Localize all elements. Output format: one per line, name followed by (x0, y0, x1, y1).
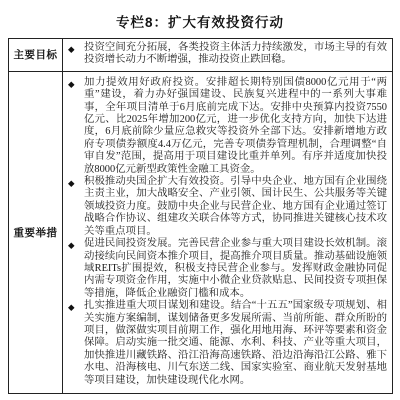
measures-label: 重要举措 (9, 72, 63, 393)
bullet-item: ◆ 加力提效用好政府投资。安排超长期特别国债8000亿元用于“两重”建设，着力办… (67, 77, 387, 176)
diamond-bullet-icon: ◆ (68, 78, 75, 90)
bullet-item: ◆ 扎实推进重大项目谋划和建设。结合“十五五”国家级专项规划、相关实施方案编制，… (67, 300, 387, 387)
diamond-bullet-icon: ◆ (68, 43, 75, 55)
bullet-item: ◆ 促进民间投资发展。完善民营企业参与重大项目建设长效机制。滚动接续向民间资本推… (67, 238, 387, 300)
bullet-text: 加力提效用好政府投资。安排超长期特别国债8000亿元用于“两重”建设，着力办好强… (84, 77, 387, 175)
measures-content: ◆ 加力提效用好政府投资。安排超长期特别国债8000亿元用于“两重”建设，着力办… (63, 72, 392, 393)
column-table: 主要目标 ◆ 投资空间充分拓展，各类投资主体活力持续激发，市场主导的有效投资增长… (8, 38, 393, 394)
bullet-text: 投资空间充分拓展，各类投资主体活力持续激发，市场主导的有效投资增长动力不断增强，… (84, 42, 387, 65)
bullet-text: 积极推动央国企扩大有效投资。引导中央企业、地方国有企业围绕主责主业，加大战略安全… (84, 176, 387, 237)
bullet-item: ◆ 积极推动央国企扩大有效投资。引导中央企业、地方国有企业围绕主责主业，加大战略… (67, 176, 387, 238)
document-page: 专栏8：扩大有效投资行动 主要目标 ◆ 投资空间充分拓展，各类投资主体活力持续激… (0, 0, 400, 400)
diamond-bullet-icon: ◆ (68, 239, 75, 251)
goals-label: 主要目标 (9, 39, 63, 71)
bullet-item: ◆ 投资空间充分拓展，各类投资主体活力持续激发，市场主导的有效投资增长动力不断增… (67, 42, 387, 67)
bullet-text: 促进民间投资发展。完善民营企业参与重大项目建设长效机制。滚动接续向民间资本推介项… (84, 238, 387, 299)
page-title: 专栏8：扩大有效投资行动 (0, 11, 400, 31)
diamond-bullet-icon: ◆ (68, 177, 75, 189)
bullet-text: 扎实推进重大项目谋划和建设。结合“十五五”国家级专项规划、相关实施方案编制，谋划… (84, 300, 387, 385)
diamond-bullet-icon: ◆ (68, 301, 75, 313)
goals-content: ◆ 投资空间充分拓展，各类投资主体活力持续激发，市场主导的有效投资增长动力不断增… (63, 39, 392, 71)
goals-row: 主要目标 ◆ 投资空间充分拓展，各类投资主体活力持续激发，市场主导的有效投资增长… (9, 39, 392, 71)
measures-row: 重要举措 ◆ 加力提效用好政府投资。安排超长期特别国债8000亿元用于“两重”建… (9, 71, 392, 393)
